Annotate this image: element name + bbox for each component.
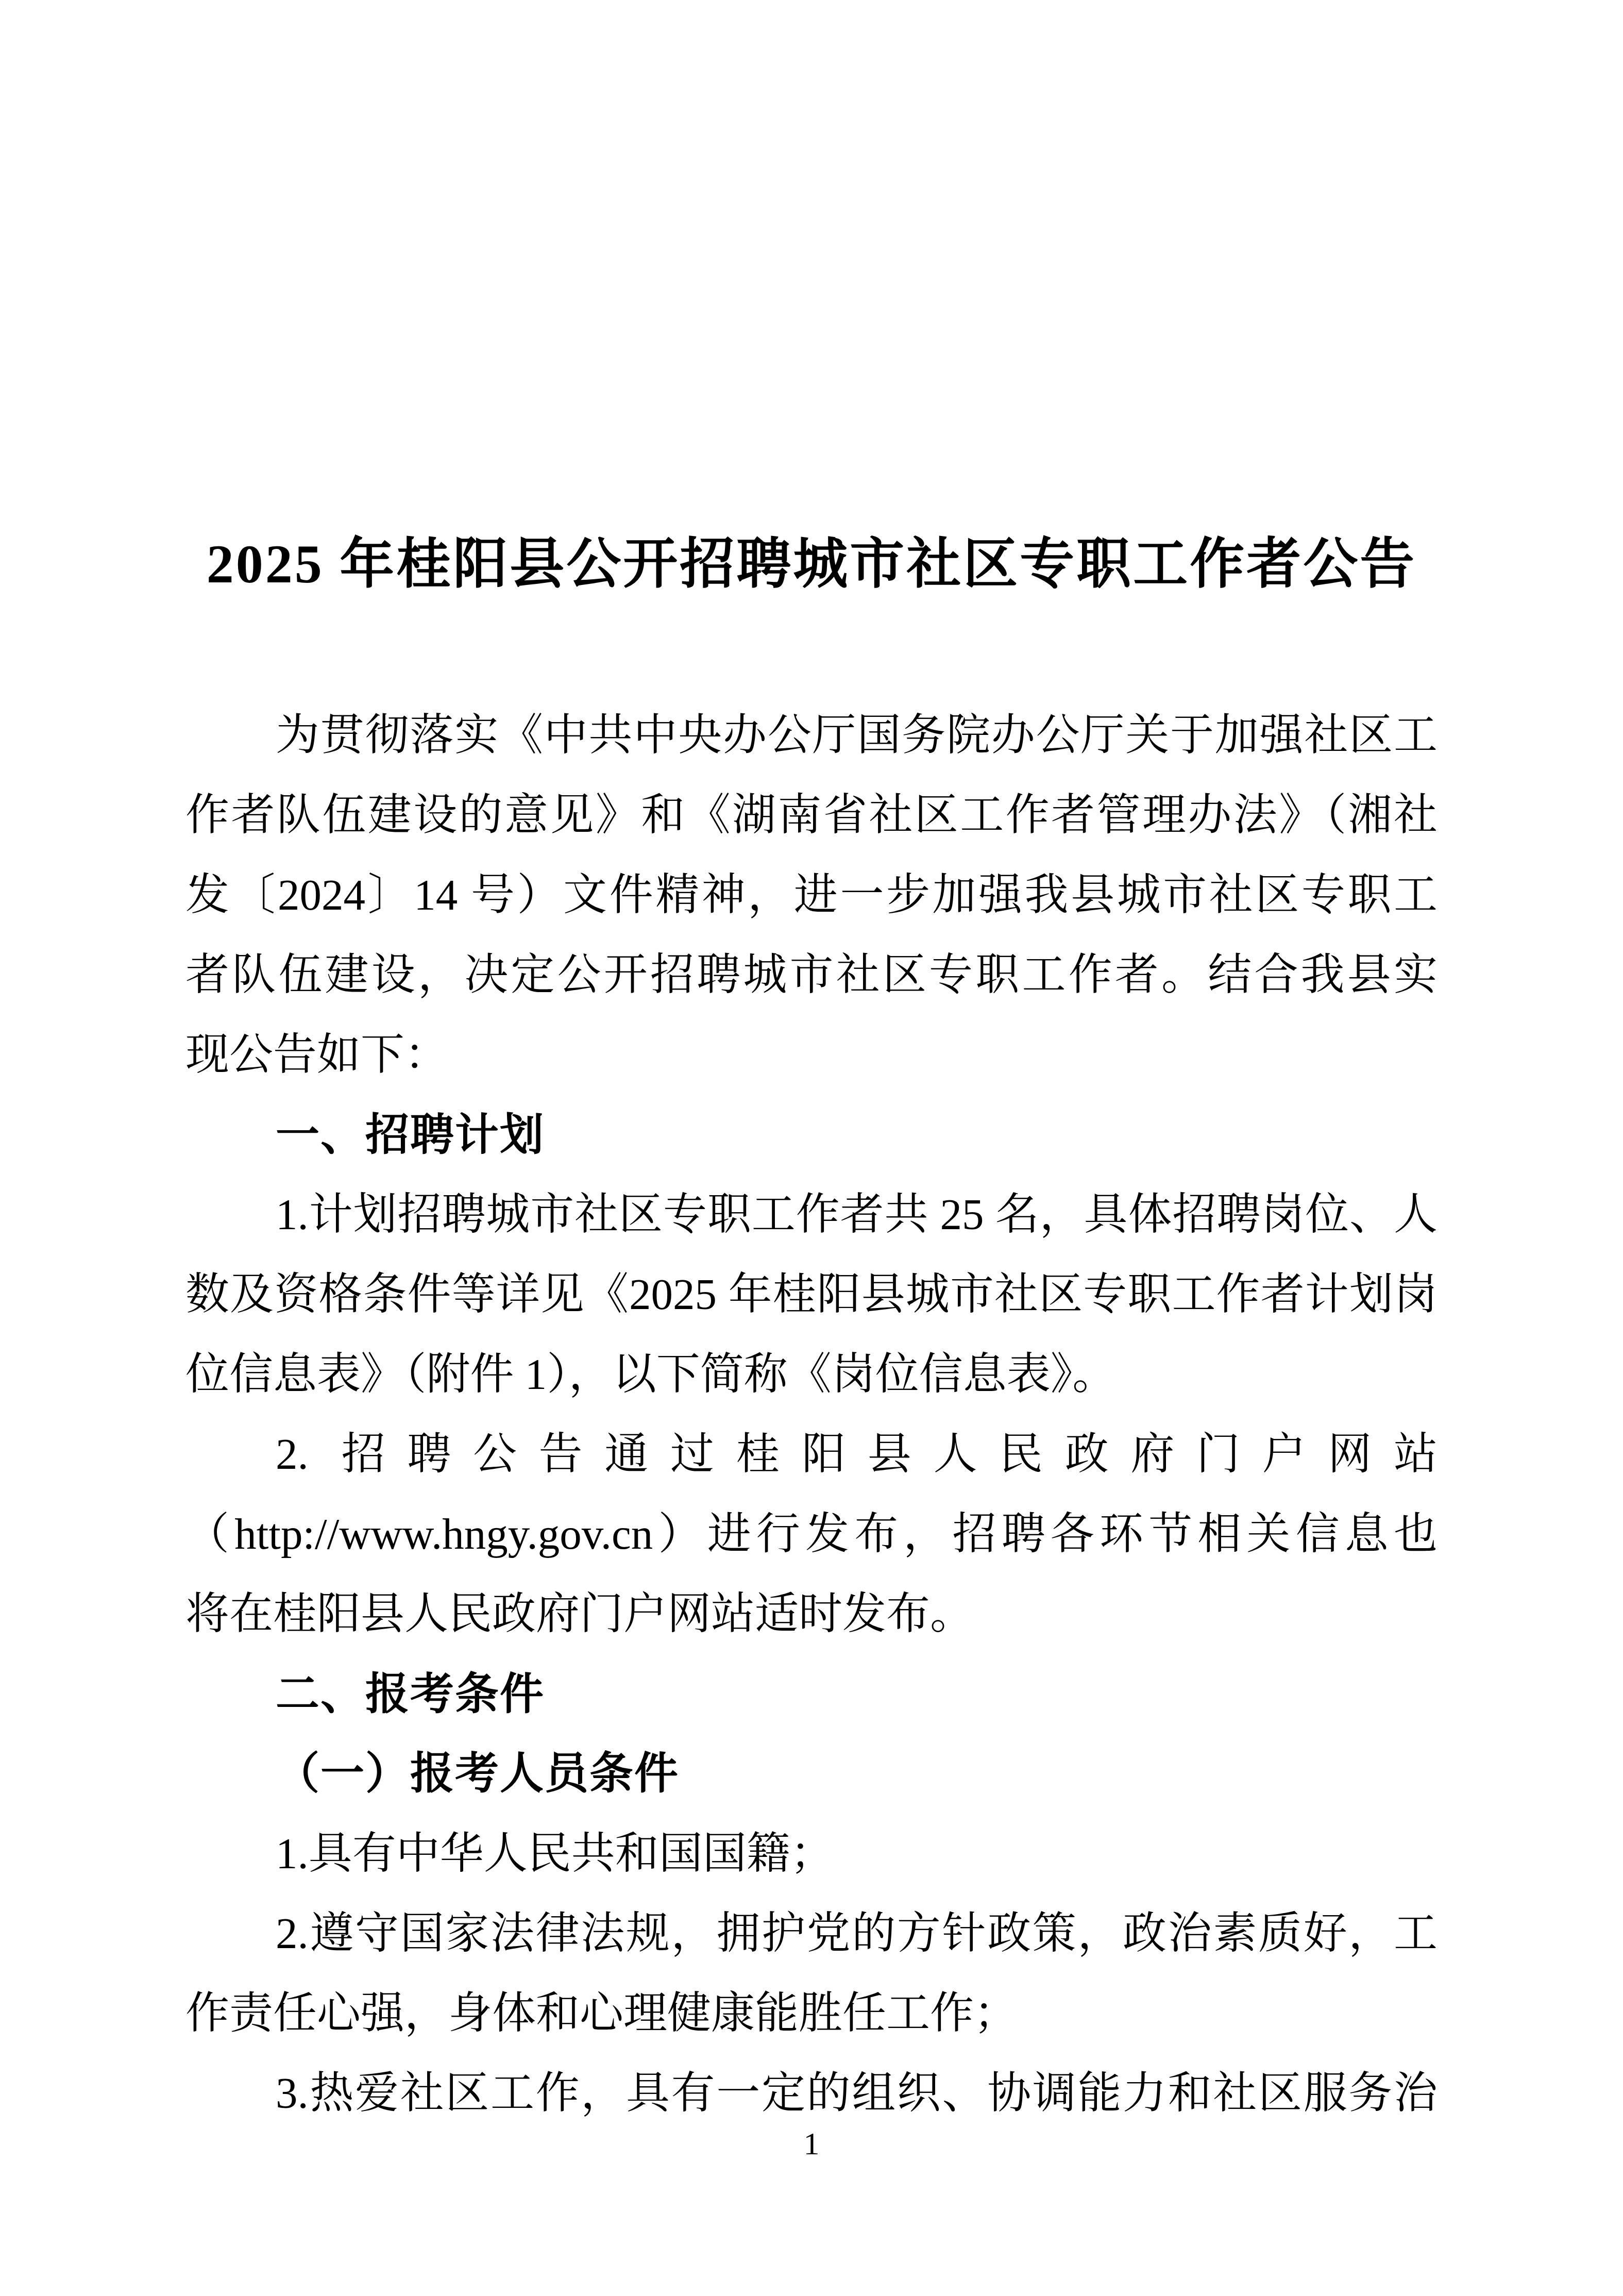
page-title: 2025 年桂阳县公开招聘城市社区专职工作者公告 [185, 526, 1438, 603]
text-line: 发〔2024〕14 号）文件精神，进一步加强我县城市社区专职工 [185, 856, 1438, 935]
text-line: 现公告如下： [185, 1015, 1438, 1095]
text-line: 2.遵守国家法律法规，拥护党的方针政策，政治素质好，工 [185, 1894, 1438, 1974]
text-line: 1.具有中华人民共和国国籍； [185, 1814, 1438, 1894]
text-line: 2. 招聘公告通过桂阳县人民政府门户网站 [185, 1415, 1438, 1495]
text-line: 1.计划招聘城市社区专职工作者共 25 名，具体招聘岗位、人 [185, 1175, 1438, 1255]
text-line: 位信息表》（附件 1），以下简称《岗位信息表》。 [185, 1335, 1438, 1415]
text-line: （一）报考人员条件 [185, 1734, 1438, 1814]
document-body: 为贯彻落实《中共中央办公厅国务院办公厅关于加强社区工作者队伍建设的意见》和《湖南… [185, 696, 1438, 2134]
text-line: 二、报考条件 [185, 1654, 1438, 1734]
text-line: （http://www.hngy.gov.cn）进行发布，招聘各环节相关信息也 [185, 1495, 1438, 1574]
text-line: 为贯彻落实《中共中央办公厅国务院办公厅关于加强社区工 [185, 696, 1438, 776]
text-line: 作责任心强，身体和心理健康能胜任工作； [185, 1974, 1438, 2054]
text-line: 一、招聘计划 [185, 1095, 1438, 1175]
text-line: 数及资格条件等详见《2025 年桂阳县城市社区专职工作者计划岗 [185, 1255, 1438, 1335]
document-page: 2025 年桂阳县公开招聘城市社区专职工作者公告 为贯彻落实《中共中央办公厅国务… [0, 0, 1623, 2296]
text-line: 作者队伍建设的意见》和《湖南省社区工作者管理办法》（湘社 [185, 776, 1438, 856]
text-line: 者队伍建设，决定公开招聘城市社区专职工作者。结合我县实际， [185, 935, 1438, 1015]
text-line: 将在桂阳县人民政府门户网站适时发布。 [185, 1574, 1438, 1654]
page-number: 1 [0, 2118, 1623, 2170]
